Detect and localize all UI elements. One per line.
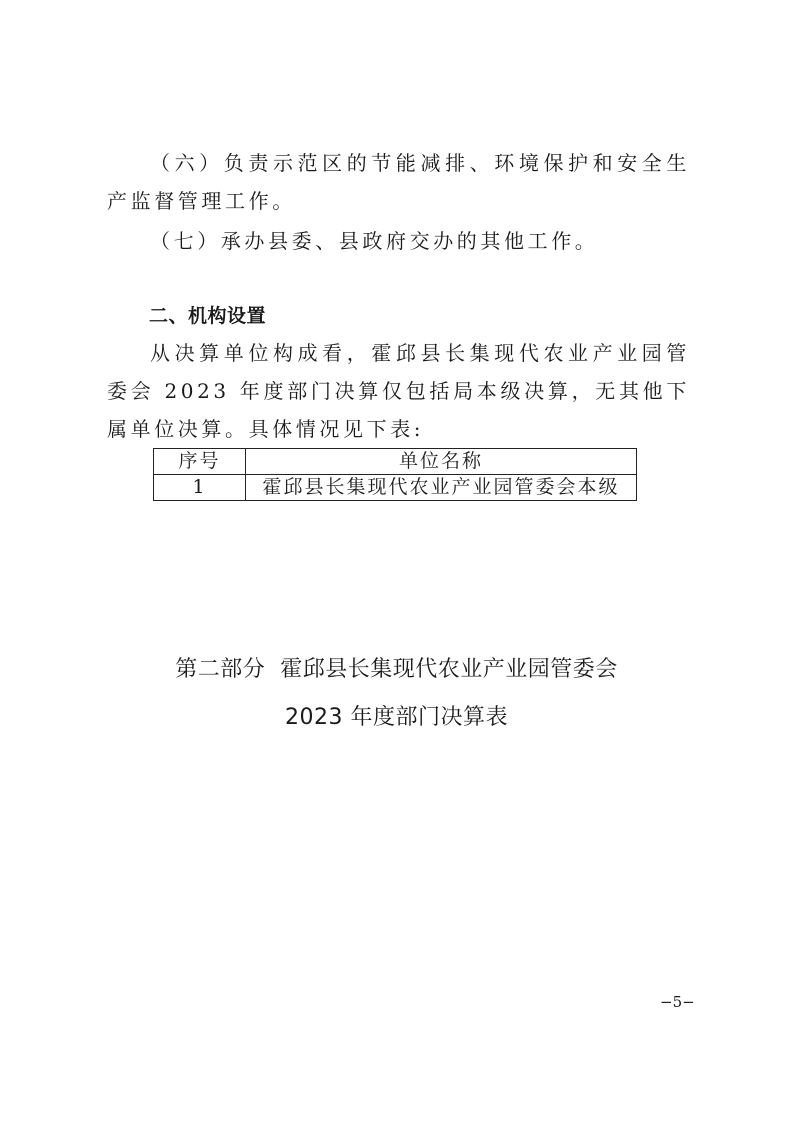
cell-index: 1: [154, 475, 246, 501]
table-header-row: 序号 单位名称: [154, 449, 637, 475]
part-title-line-2: 2023 年度部门决算表: [0, 702, 793, 734]
part-title-line-1: 第二部分 霍邱县长集现代农业产业园管委会: [0, 654, 793, 686]
unit-table: 序号 单位名称 1 霍邱县长集现代农业产业园管委会本级: [153, 448, 637, 501]
paragraph-organization-structure: 从决算单位构成看，霍邱县长集现代农业产业园管委会 2023 年度部门决算仅包括局…: [107, 334, 690, 448]
page-number: −5−: [660, 992, 695, 1012]
table-row: 1 霍邱县长集现代农业产业园管委会本级: [154, 475, 637, 501]
paragraph-item-6: （六）负责示范区的节能减排、环境保护和安全生产监督管理工作。: [107, 144, 690, 220]
cell-unit-name: 霍邱县长集现代农业产业园管委会本级: [246, 475, 637, 501]
column-header-index: 序号: [154, 449, 246, 475]
section-heading-organization: 二、机构设置: [149, 302, 266, 330]
paragraph-item-7: （七）承办县委、县政府交办的其他工作。: [107, 222, 690, 260]
column-header-unit-name: 单位名称: [246, 449, 637, 475]
